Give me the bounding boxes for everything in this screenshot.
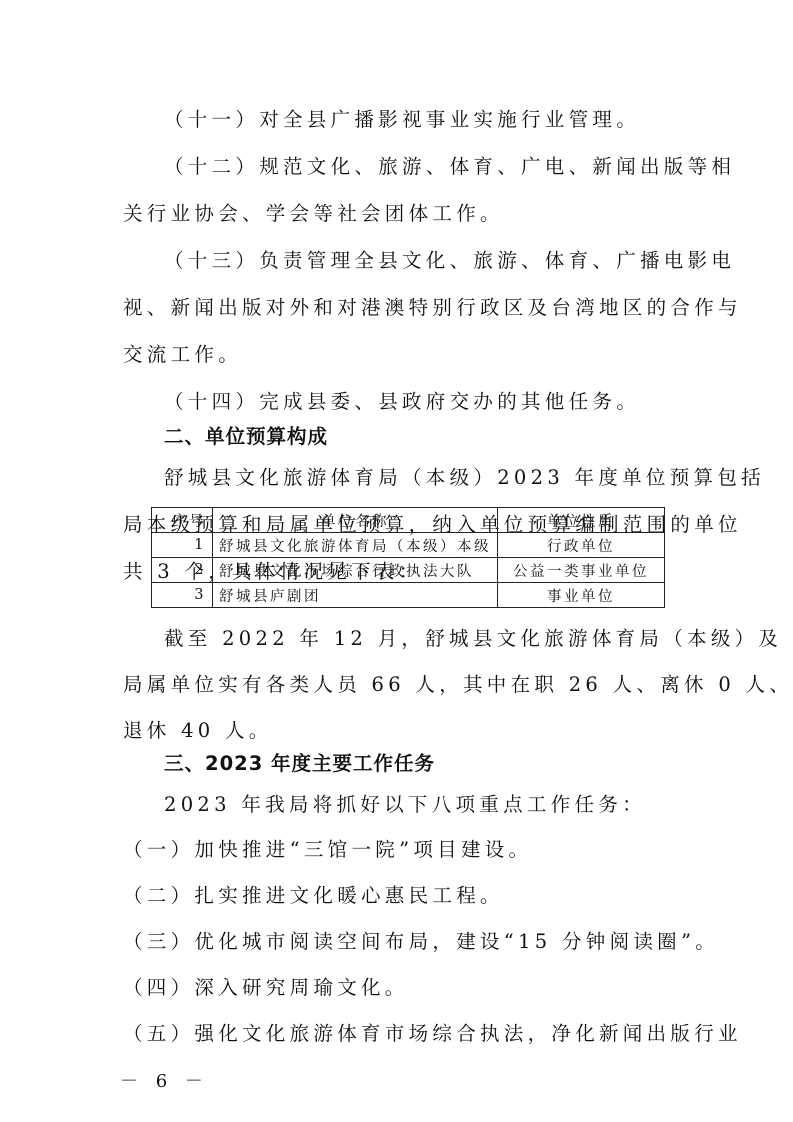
table-row: 2 舒城县文化市场综合行政执法大队 公益一类事业单位 (152, 558, 665, 583)
header-unit-type: 单位性质 (498, 508, 665, 533)
budget-text-line-1: 舒城县文化旅游体育局（本级）2023 年度单位预算包括 (164, 466, 765, 490)
table-header-row: 序号 单位名称 单位性质 (152, 508, 665, 533)
section-heading-work-tasks: 三、2023 年度主要工作任务 (164, 752, 435, 776)
budget-units-table: 序号 单位名称 单位性质 1 舒城县文化旅游体育局（本级）本级 行政单位 2 舒… (151, 507, 665, 608)
staff-text-line-1: 截至 2022 年 12 月，舒城县文化旅游体育局（本级）及 (164, 627, 782, 651)
row-unit-type: 行政单位 (498, 533, 665, 558)
tasks-intro: 2023 年我局将抓好以下八项重点工作任务： (164, 793, 646, 817)
paragraph-item-12: （十二）规范文化、旅游、体育、广电、新闻出版等相 (164, 155, 735, 179)
row-unit-name: 舒城县庐剧团 (213, 583, 498, 608)
row-unit-type: 事业单位 (498, 583, 665, 608)
paragraph-item-13-cont1: 视、新闻出版对外和对港澳特别行政区及台湾地区的合作与 (123, 296, 742, 320)
row-unit-name: 舒城县文化市场综合行政执法大队 (213, 558, 498, 583)
header-unit-name: 单位名称 (213, 508, 498, 533)
task-item-2: （二）扎实推进文化暖心惠民工程。 (123, 884, 504, 908)
task-item-1: （一）加快推进“三馆一院”项目建设。 (123, 838, 532, 862)
paragraph-item-13: （十三）负责管理全县文化、旅游、体育、广播电影电 (164, 249, 735, 273)
task-item-3: （三）优化城市阅读空间布局，建设“15 分钟阅读圈”。 (123, 930, 719, 954)
paragraph-item-11: （十一）对全县广播影视事业实施行业管理。 (164, 108, 640, 132)
staff-text-line-2: 局属单位实有各类人员 66 人，其中在职 26 人、离休 0 人、 (123, 673, 793, 697)
table-row: 3 舒城县庐剧团 事业单位 (152, 583, 665, 608)
row-index: 2 (152, 558, 213, 583)
row-index: 3 (152, 583, 213, 608)
row-index: 1 (152, 533, 213, 558)
section-heading-budget-composition: 二、单位预算构成 (164, 425, 328, 449)
table-row: 1 舒城县文化旅游体育局（本级）本级 行政单位 (152, 533, 665, 558)
paragraph-item-13-cont2: 交流工作。 (123, 343, 242, 367)
header-index: 序号 (152, 508, 213, 533)
page-number: － 6 － (120, 1067, 209, 1093)
paragraph-item-12-cont: 关行业协会、学会等社会团体工作。 (123, 202, 504, 226)
paragraph-item-14: （十四）完成县委、县政府交办的其他任务。 (164, 390, 640, 414)
row-unit-type: 公益一类事业单位 (498, 558, 665, 583)
row-unit-name: 舒城县文化旅游体育局（本级）本级 (213, 533, 498, 558)
task-item-4: （四）深入研究周瑜文化。 (123, 976, 409, 1000)
staff-text-line-3: 退休 40 人。 (123, 719, 273, 743)
task-item-5: （五）强化文化旅游体育市场综合执法，净化新闻出版行业 (123, 1022, 742, 1046)
